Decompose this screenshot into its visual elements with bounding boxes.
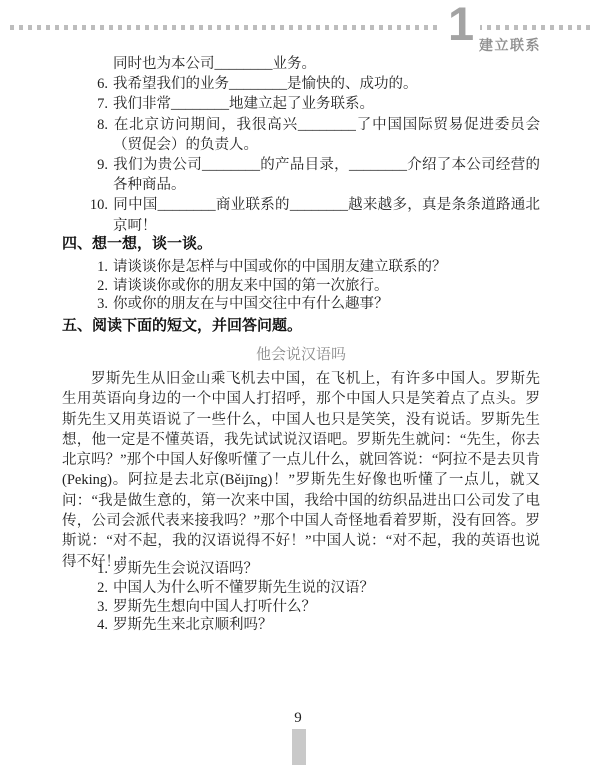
unit-title: 建立联系 [479,35,541,55]
question-text: 请谈谈你或你的朋友来中国的第一次旅行。 [113,278,389,294]
reading-question: 1.罗斯先生会说汉语吗？ [62,560,540,579]
question-text: 罗斯先生想向中国人打听什么？ [113,599,316,615]
question-text: 请谈谈你是怎样与中国或你的中国朋友建立联系的？ [113,259,447,275]
item-text: 在北京访问期间，我很高兴________了中国国际贸易促进委员会（贸促会）的负责… [113,117,540,153]
passage-title: 他会说汉语吗 [62,343,540,364]
reading-question: 3.罗斯先生想向中国人打听什么？ [62,598,540,617]
item-number: 8. [62,115,108,135]
question-text: 你或你的朋友在与中国交往中有什么趣事？ [113,296,389,312]
exercise-item: 7.我们非常________地建立起了业务联系。 [62,94,540,114]
passage-text: 罗斯先生从旧金山乘飞机去中国，在飞机上，有许多中国人。罗斯先生用英语向身边的一个… [62,369,540,572]
discussion-question: 2.请谈谈你或你的朋友来中国的第一次旅行。 [62,277,540,296]
section-four-heading: 四、想一想，谈一谈。 [62,236,540,252]
fill-in-exercise-list: 同时也为本公司________业务。 6.我希望我们的业务________是愉快… [62,54,540,236]
item-text: 同中国________商业联系的________越来越多，真是条条道路通北京呵！ [113,197,540,233]
question-number: 1. [62,560,108,579]
exercise-item: 9.我们为贵公司________的产品目录，________介绍了本公司经营的各… [62,155,540,195]
question-text: 罗斯先生会说汉语吗？ [113,561,258,577]
question-number: 2. [62,277,108,296]
question-number: 1. [62,258,108,277]
exercise-item: 6.我希望我们的业务________是愉快的、成功的。 [62,74,540,94]
question-number: 4. [62,616,108,635]
section-five-heading: 五、阅读下面的短文，并回答问题。 [62,318,540,334]
reading-question: 4.罗斯先生来北京顺利吗？ [62,616,540,635]
question-number: 2. [62,579,108,598]
unit-number: 1 [442,2,480,46]
item-text: 同时也为本公司________业务。 [113,56,316,72]
page-number: 9 [0,710,596,727]
discussion-question: 1.请谈谈你是怎样与中国或你的中国朋友建立联系的？ [62,258,540,277]
exercise-item: 10.同中国________商业联系的________越来越多，真是条条道路通北… [62,195,540,235]
exercise-item: 8.在北京访问期间，我很高兴________了中国国际贸易促进委员会（贸促会）的… [62,115,540,155]
question-text: 罗斯先生来北京顺利吗？ [113,617,273,633]
item-text: 我希望我们的业务________是愉快的、成功的。 [113,76,418,92]
item-text: 我们非常________地建立起了业务联系。 [113,96,374,112]
item-number: 10. [62,195,108,215]
item-number: 7. [62,94,108,114]
exercise-item-continuation: 同时也为本公司________业务。 [62,54,540,74]
textbook-page: 1 建立联系 同时也为本公司________业务。 6.我希望我们的业务____… [0,0,600,775]
question-text: 中国人为什么听不懂罗斯先生说的汉语？ [113,580,374,596]
question-number: 3. [62,598,108,617]
question-number: 3. [62,295,108,314]
item-number: 6. [62,74,108,94]
item-number: 9. [62,155,108,175]
item-text: 我们为贵公司________的产品目录，________介绍了本公司经营的各种商… [113,157,540,193]
discussion-question: 3.你或你的朋友在与中国交往中有什么趣事？ [62,295,540,314]
reading-questions: 1.罗斯先生会说汉语吗？ 2.中国人为什么听不懂罗斯先生说的汉语？ 3.罗斯先生… [62,560,540,635]
reading-question: 2.中国人为什么听不懂罗斯先生说的汉语？ [62,579,540,598]
section-four: 四、想一想，谈一谈。 1.请谈谈你是怎样与中国或你的中国朋友建立联系的？ 2.请… [62,236,540,314]
page-tab-marker [292,729,306,765]
header-dotted-line [10,25,592,30]
